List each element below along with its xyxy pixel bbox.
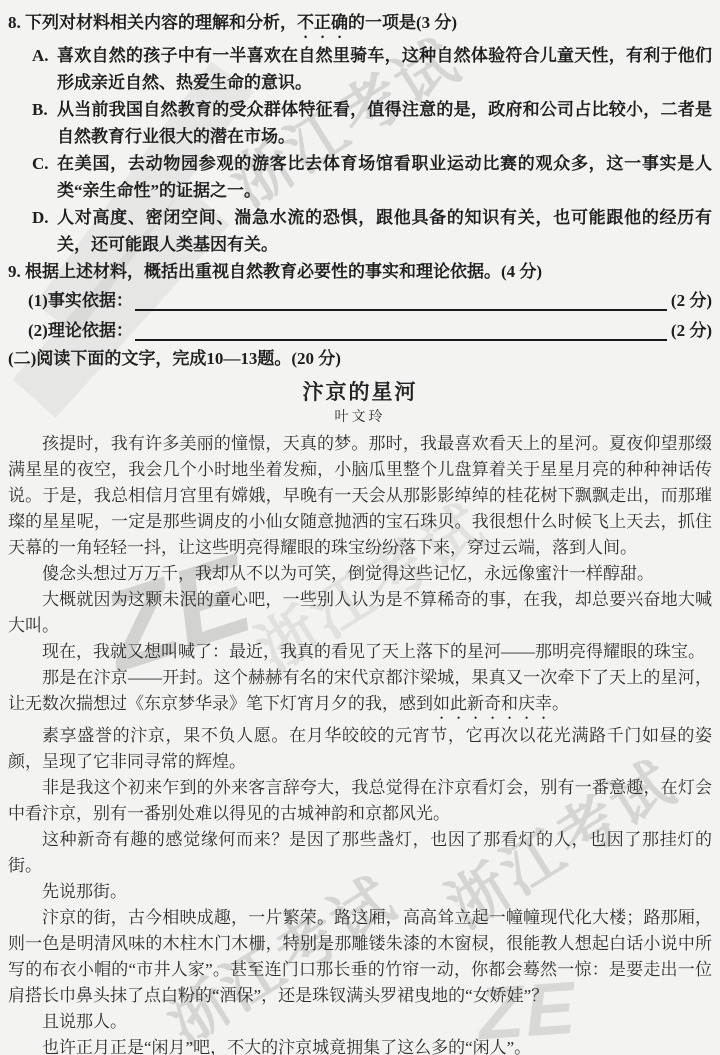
essay-paragraph-4: 现在，我就又想叫喊了：最近，我真的看见了天上落下的星河——那明亮得耀眼的珠宝。: [8, 639, 712, 665]
question-9-item-2: (2)理论依据： (2 分): [8, 315, 712, 345]
option-c-text: 在美国，去动物园参观的游客比去体育场馆看职业运动比赛的观众多，这一事实是人类“亲…: [57, 150, 712, 204]
question-8-emphasis: 不正确: [297, 13, 348, 32]
essay-paragraph-3: 大概就因为这颗未泯的童心吧，一些别人认为是不算稀奇的事，在我，却总要兴奋地大喊大…: [8, 587, 712, 639]
option-c-label: C.: [32, 150, 57, 204]
essay-paragraph-5-emphasis: 如此新奇和庆幸: [433, 694, 552, 713]
essay-paragraph-2: 傻念头想过万万千，我却从不以为可笑，倒觉得这些记忆，永远像蜜汁一样醇甜。: [8, 561, 712, 587]
section-2-heading: (二)阅读下面的文字，完成10—13题。(20 分): [8, 345, 712, 373]
option-a-text: 喜欢自然的孩子中有一半喜欢在自然里骑车，这种自然体验符合儿童天性，有利于他们形成…: [57, 42, 712, 96]
essay-paragraph-5-end: 。: [552, 694, 569, 713]
option-a-label: A.: [32, 42, 57, 96]
question-8-option-a: A. 喜欢自然的孩子中有一半喜欢在自然里骑车，这种自然体验符合儿童天性，有利于他…: [8, 42, 712, 96]
answer-blank-line: [135, 319, 667, 341]
option-d-text: 人对高度、密闭空间、湍急水流的恐惧，跟他具备的知识有关，也可能跟他的经历有关，还…: [57, 204, 712, 258]
answer-blank-line: [135, 289, 667, 311]
question-8-stem-post: 的一项是(3 分): [348, 13, 457, 32]
essay-paragraph-7: 非是我这个初来乍到的外来客言辞夸大，我总觉得在汴京看灯会，别有一番意趣，在灯会中…: [8, 775, 712, 827]
option-d-label: D.: [32, 204, 57, 258]
score-label: (2 分): [671, 316, 712, 345]
essay-paragraph-9: 先说那街。: [8, 879, 712, 905]
option-b-text: 从当前我国自然教育的受众群体特征看，值得注意的是，政府和公司占比较小，二者是自然…: [57, 96, 712, 150]
score-label: (2 分): [671, 286, 712, 315]
essay-paragraph-1: 孩提时，我有许多美丽的憧憬，天真的梦。那时，我最喜欢看天上的星河。夏夜仰望那缀满…: [8, 431, 712, 561]
essay-title: 汴京的星河: [8, 377, 712, 407]
essay-paragraph-6: 素享盛誉的汴京，果不负人愿。在月华皎皎的元宵节，它再次以花光满路千门如昼的姿颜，…: [8, 723, 712, 775]
question-8-stem: 8. 下列对材料相关内容的理解和分析，不正确的一项是(3 分): [8, 9, 712, 42]
essay-paragraph-5-pre: 那是在汴京——开封。这个赫赫有名的宋代京都汴梁城，果真又一次牵下了天上的星河，让…: [8, 668, 712, 713]
question-9-item-1: (1)事实依据： (2 分): [8, 285, 712, 315]
option-b-label: B.: [32, 96, 57, 150]
question-8-option-c: C. 在美国，去动物园参观的游客比去体育场馆看职业运动比赛的观众多，这一事实是人…: [8, 150, 712, 204]
exam-content: 8. 下列对材料相关内容的理解和分析，不正确的一项是(3 分) A. 喜欢自然的…: [0, 0, 720, 1055]
essay-paragraph-5: 那是在汴京——开封。这个赫赫有名的宋代京都汴梁城，果真又一次牵下了天上的星河，让…: [8, 665, 712, 723]
essay-paragraph-10: 汴京的街，古今相映成趣，一片繁荣。路这厢，高高耸立起一幢幢现代化大楼；路那厢，则…: [8, 905, 712, 1009]
question-8-option-d: D. 人对高度、密闭空间、湍急水流的恐惧，跟他具备的知识有关，也可能跟他的经历有…: [8, 204, 712, 258]
question-8-stem-pre: 8. 下列对材料相关内容的理解和分析，: [8, 13, 297, 32]
question-8-option-b: B. 从当前我国自然教育的受众群体特征看，值得注意的是，政府和公司占比较小，二者…: [8, 96, 712, 150]
exam-page-scan: 浙江考试 浙江考试 浙江考试 浙江考试 ZE ZE 8. 下列对材料相关内容的理…: [0, 0, 720, 1055]
essay-paragraph-12: 也许正月正是“闲月”吧，不大的汴京城竟拥集了这么多的“闲人”。: [8, 1035, 712, 1055]
essay-paragraph-8: 这种新奇有趣的感觉缘何而来？是因了那些盏灯，也因了那看灯的人，也因了那挂灯的街。: [8, 827, 712, 879]
fact-basis-label: (1)事实依据：: [28, 286, 133, 315]
theory-basis-label: (2)理论依据：: [28, 316, 133, 345]
question-9-stem: 9. 根据上述材料，概括出重视自然教育必要性的事实和理论依据。(4 分): [8, 258, 712, 285]
essay-author: 叶文玲: [8, 407, 712, 428]
essay-paragraph-11: 且说那人。: [8, 1009, 712, 1035]
